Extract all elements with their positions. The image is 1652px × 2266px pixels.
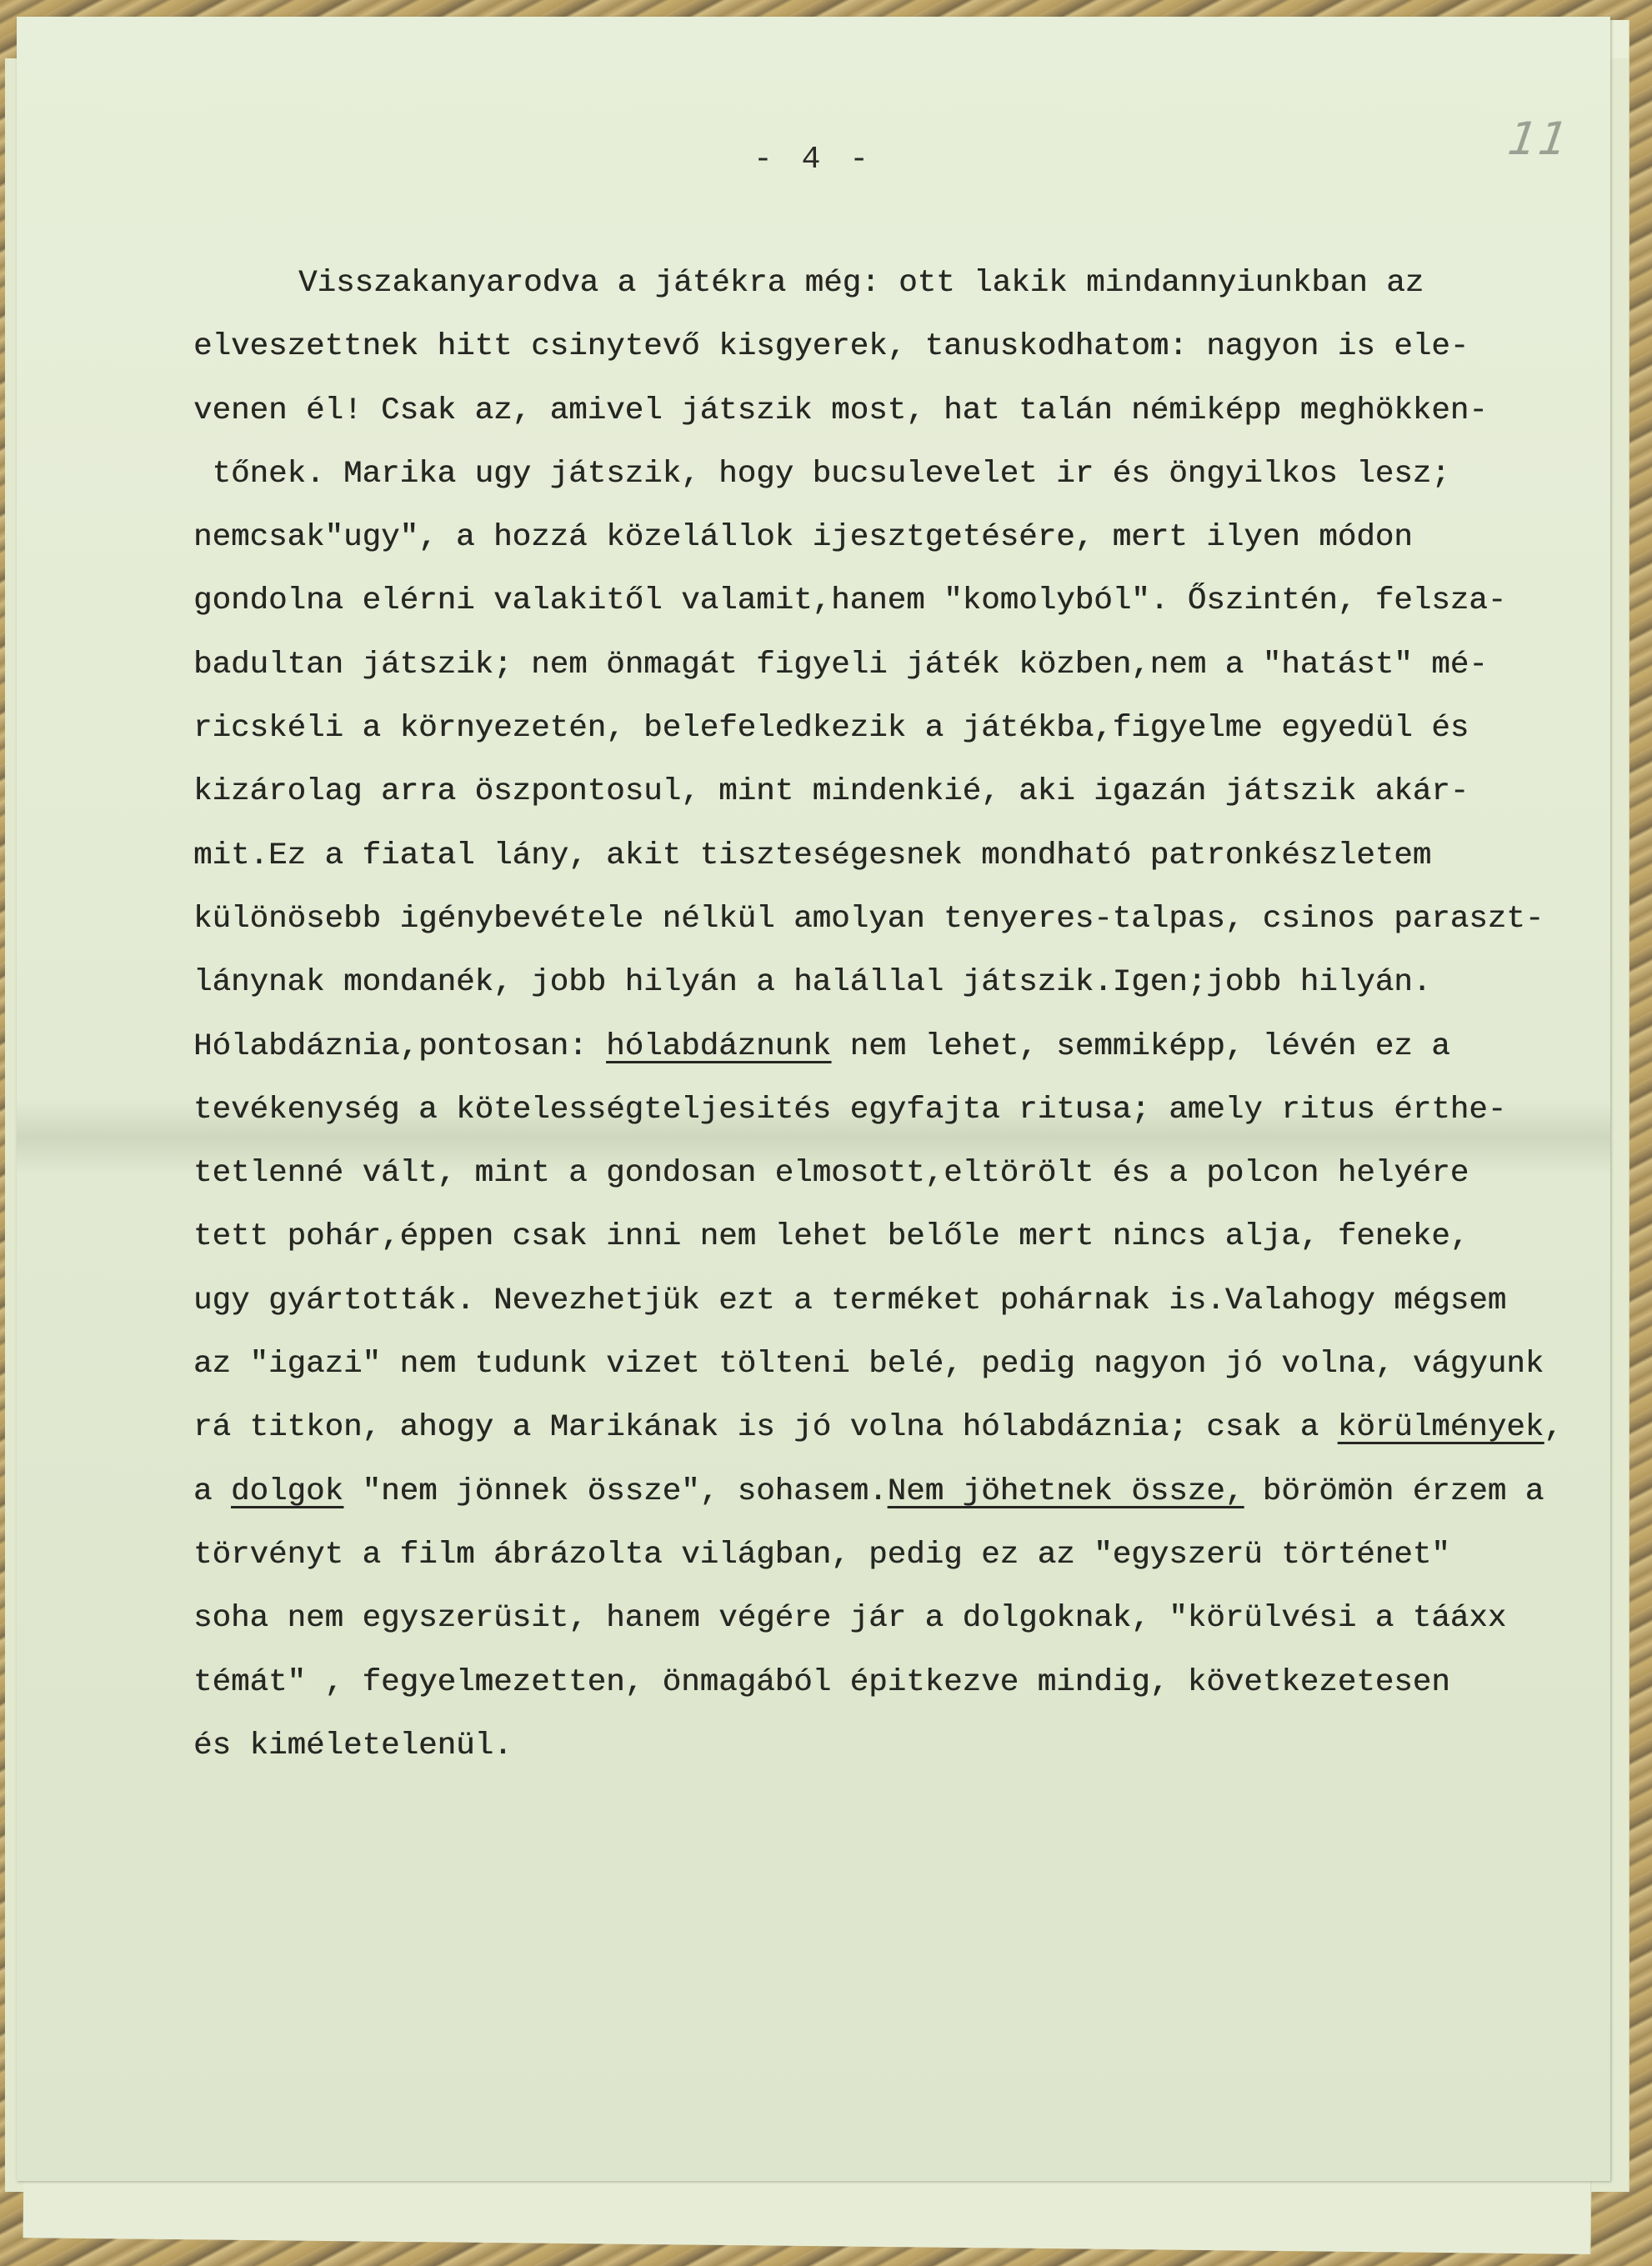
text-segment: mit.Ez a fiatal lány, akit tiszteségesne… [193, 838, 1431, 873]
text-segment: tetlenné vált, mint a gondosan elmosott,… [193, 1156, 1469, 1191]
text-segment: gondolna elérni valakitől valamit,hanem … [193, 583, 1506, 618]
text-segment: lánynak mondanék, jobb hilyán a halállal… [193, 965, 1431, 1000]
text-segment: és kiméletelenül. [193, 1728, 513, 1763]
text-segment: tevékenység a kötelességteljesités egyfa… [193, 1093, 1506, 1128]
text-segment: badultan játszik; nem önmagát figyeli já… [193, 648, 1488, 683]
text-segment: venen él! Csak az, amivel játszik most, … [193, 393, 1488, 428]
text-segment: soha nem egyszerüsit, hanem végére jár a… [193, 1601, 1506, 1636]
text-line: lánynak mondanék, jobb hilyán a halállal… [193, 951, 1594, 1014]
text-segment: tőnek. Marika ugy játszik, hogy bucsulev… [193, 457, 1450, 492]
text-segment: Hólabdáznia,pontosan: [193, 1029, 606, 1064]
text-line: tetlenné vált, mint a gondosan elmosott,… [193, 1142, 1594, 1205]
underlined-text: hólabdáznunk [606, 1029, 831, 1064]
text-line: tett pohár,éppen csak inni nem lehet bel… [193, 1205, 1594, 1268]
text-line: az "igazi" nem tudunk vizet tölteni belé… [193, 1333, 1594, 1396]
text-line: venen él! Csak az, amivel játszik most, … [193, 379, 1594, 443]
text-line: mit.Ez a fiatal lány, akit tiszteségesne… [193, 824, 1594, 888]
text-line: ugy gyártották. Nevezhetjük ezt a termék… [193, 1269, 1594, 1333]
text-line: témát" , fegyelmezetten, önmagából épitk… [193, 1651, 1594, 1714]
text-segment: "nem jönnek össze", sohasem. [343, 1474, 888, 1509]
underlined-text: dolgok [231, 1474, 343, 1509]
text-segment: ugy gyártották. Nevezhetjük ezt a termék… [193, 1283, 1506, 1318]
text-segment: nemcsak"ugy", a hozzá közelállok ijesztg… [193, 520, 1413, 555]
underlined-text: körülmények [1338, 1410, 1544, 1445]
text-segment: témát" , fegyelmezetten, önmagából épitk… [193, 1665, 1450, 1700]
text-line: nemcsak"ugy", a hozzá közelállok ijesztg… [193, 506, 1594, 569]
text-segment: ricskéli a környezetén, belefeledkezik a… [193, 711, 1469, 746]
typewritten-page: 11 - 4 - Visszakanyarodva a játékra még:… [17, 17, 1610, 2181]
text-line: kizárolag arra öszpontosul, mint mindenk… [193, 760, 1594, 823]
text-line: Visszakanyarodva a játékra még: ott laki… [193, 252, 1594, 315]
text-line: különösebb igénybevétele nélkül amolyan … [193, 888, 1594, 951]
text-line: elveszettnek hitt csinytevő kisgyerek, t… [193, 315, 1594, 378]
text-line: Hólabdáznia,pontosan: hólabdáznunk nem l… [193, 1015, 1594, 1078]
text-segment: elveszettnek hitt csinytevő kisgyerek, t… [193, 329, 1469, 364]
text-line: törvényt a film ábrázolta világban, pedi… [193, 1523, 1594, 1587]
text-segment: az "igazi" nem tudunk vizet tölteni belé… [193, 1347, 1544, 1382]
text-segment: Visszakanyarodva a játékra még: ott laki… [298, 266, 1424, 301]
text-line: tevékenység a kötelességteljesités egyfa… [193, 1078, 1594, 1142]
text-segment: kizárolag arra öszpontosul, mint mindenk… [193, 774, 1469, 809]
text-line: gondolna elérni valakitől valamit,hanem … [193, 569, 1594, 633]
text-segment: nem lehet, semmiképp, lévén ez a [831, 1029, 1450, 1064]
text-segment: törvényt a film ábrázolta világban, pedi… [193, 1538, 1450, 1573]
text-line: rá titkon, ahogy a Marikának is jó volna… [193, 1396, 1594, 1459]
text-line: tőnek. Marika ugy játszik, hogy bucsulev… [193, 443, 1594, 506]
text-line: badultan játszik; nem önmagát figyeli já… [193, 633, 1594, 697]
text-line: ricskéli a környezetén, belefeledkezik a… [193, 697, 1594, 760]
text-segment: tett pohár,éppen csak inni nem lehet bel… [193, 1219, 1469, 1254]
text-line: a dolgok "nem jönnek össze", sohasem.Nem… [193, 1460, 1594, 1523]
text-segment: különösebb igénybevétele nélkül amolyan … [193, 902, 1544, 937]
text-segment: rá titkon, ahogy a Marikának is jó volna… [193, 1410, 1338, 1445]
body-paragraph: Visszakanyarodva a játékra még: ott laki… [193, 252, 1594, 1778]
text-line: és kiméletelenül. [193, 1714, 1594, 1778]
underlined-text: Nem jöhetnek össze, [888, 1474, 1244, 1509]
text-line: soha nem egyszerüsit, hanem végére jár a… [193, 1587, 1594, 1650]
text-segment: a [193, 1474, 231, 1509]
text-segment: börömön érzem a [1244, 1474, 1544, 1509]
page-number: - 4 - [17, 142, 1610, 178]
text-segment: , [1544, 1410, 1563, 1445]
